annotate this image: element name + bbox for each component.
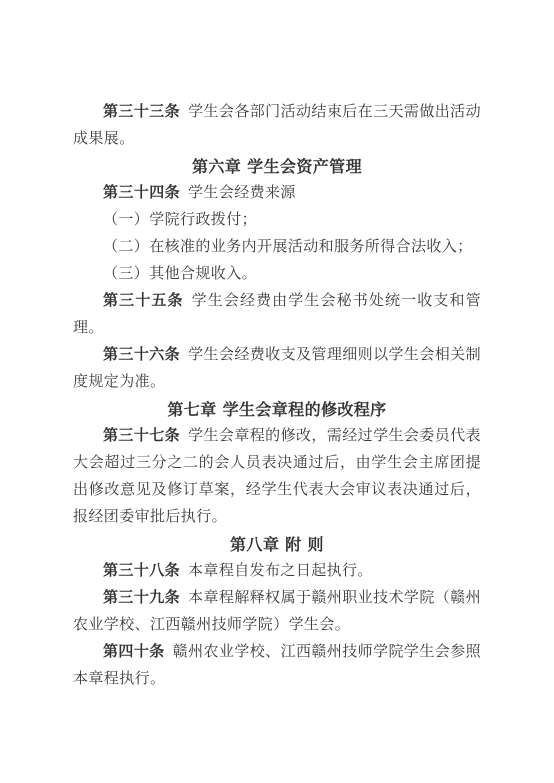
- chapter-heading: 第八章 附 则: [73, 531, 481, 558]
- article-paragraph: 第三十九条本章程解释权属于赣州职业技术学院（赣州农业学校、江西赣州技师学院）学生…: [73, 585, 481, 639]
- article-number: 第三十八条: [103, 563, 180, 579]
- article-number: 第三十五条: [103, 293, 184, 309]
- document-page: 第三十三条学生会各部门活动结束后在三天需做出活动成果展。 第六章 学生会资产管理…: [0, 0, 554, 783]
- article-number: 第三十六条: [103, 347, 180, 363]
- article-number: 第三十三条: [103, 104, 180, 120]
- article-text: 学生会经费来源: [188, 185, 296, 201]
- list-item-paragraph: （三）其他合规收入。: [73, 261, 481, 288]
- list-item-paragraph: （二）在核准的业务内开展活动和服务所得合法收入；: [73, 234, 481, 261]
- article-paragraph: 第三十三条学生会各部门活动结束后在三天需做出活动成果展。: [73, 99, 481, 153]
- article-number: 第三十九条: [103, 590, 180, 606]
- chapter-heading: 第七章 学生会章程的修改程序: [73, 396, 481, 423]
- article-number: 第三十七条: [103, 428, 180, 444]
- article-paragraph: 第三十八条本章程自发布之日起执行。: [73, 558, 481, 585]
- document-body: 第三十三条学生会各部门活动结束后在三天需做出活动成果展。 第六章 学生会资产管理…: [73, 99, 481, 693]
- chapter-heading: 第六章 学生会资产管理: [73, 153, 481, 180]
- article-text: 本章程自发布之日起执行。: [188, 563, 373, 579]
- list-item-paragraph: （一）学院行政拨付；: [73, 207, 481, 234]
- article-paragraph: 第三十六条学生会经费收支及管理细则以学生会相关制度规定为准。: [73, 342, 481, 396]
- article-paragraph: 第三十七条学生会章程的修改，需经过学生会委员代表大会超过三分之二的会人员表决通过…: [73, 423, 481, 531]
- article-paragraph: 第三十四条学生会经费来源: [73, 180, 481, 207]
- article-number: 第四十条: [103, 644, 165, 660]
- article-paragraph: 第四十条赣州农业学校、江西赣州技师学院学生会参照本章程执行。: [73, 639, 481, 693]
- article-number: 第三十四条: [103, 185, 180, 201]
- article-paragraph: 第三十五条学生会经费由学生会秘书处统一收支和管理。: [73, 288, 481, 342]
